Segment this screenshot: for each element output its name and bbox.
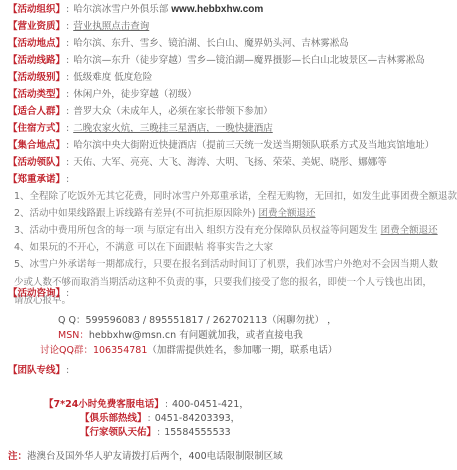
qq-group-row: 讨论QQ群：106354781（加群需提供姓名，参加哪一期，联系电话） (40, 344, 337, 357)
colon: : (66, 365, 69, 376)
row-value: 天佑、大军、亮亮、大飞、海涛、大明、飞扬、荣荣、美妮、晓彤、娜娜等 (73, 157, 387, 168)
qq-value: 599596083 / 895551817 / 262702113（闲聊勿扰） … (85, 315, 336, 326)
info-row-promise: 【郑重承诺】: (8, 173, 73, 186)
consult-heading: 【活动咨询】: (8, 287, 73, 300)
hotline-item-label: 【俱乐部热线】 (80, 413, 147, 424)
row-value: 低级难度 低度危险 (73, 72, 152, 83)
row-label: 【住宿方式】 (8, 123, 65, 134)
row-value: 普罗大众（未成年人，必须在家长带领下参加） (73, 106, 273, 117)
hotline-item-value: 400-0451-421， (172, 399, 249, 410)
promise-item: 5、冰雪户外承诺每一期都成行，只要在报名到活动时间订了机票，我们冰雪户外绝对不会… (14, 256, 439, 310)
colon: : (66, 55, 69, 66)
info-row-lodging: 【住宿方式】:二晚农家火炕，三晚挂三星酒店，一晚快捷酒店 (8, 122, 273, 135)
row-value: 哈尔滨中央大街附近快捷酒店（提前三天统一发送当期领队联系方式及当地宾馆地址） (73, 140, 434, 151)
info-row-location: 【活动地点】:哈尔滨、东升、雪乡、镜泊湖、长白山、魔界奶头河、吉林雾凇岛 (8, 37, 349, 50)
colon: : (66, 38, 69, 49)
row-label: 【活动线路】 (8, 55, 65, 66)
info-row-level: 【活动级别】:低级难度 低度危险 (8, 71, 152, 84)
info-row-route: 【活动线路】:哈尔滨—东升（徒步穿越）雪乡—镜泊湖—魔界摄影—长白山北坡景区—吉… (8, 54, 425, 67)
promise-item: 3、活动中费用所包含的每一项 与原定有出入 组织方没有充分保障队员权益等问题发生… (14, 224, 438, 237)
colon: : (66, 288, 69, 299)
promise-text: 1、全程除了吃饭外无其它花费，同时冰雪户外郑重承诺，全程无购物，无回扣，如发生此… (14, 191, 457, 202)
row-value: 哈尔滨、东升、雪乡、镜泊湖、长白山、魔界奶头河、吉林雾凇岛 (73, 38, 349, 49)
hotline-item: 【7*24小时免费客服电话】:400-0451-421， (44, 398, 249, 411)
msn-row: MSN：hebbxhw@msn.cn 有问题就加我，或者直接电我 (58, 329, 303, 342)
row-value: 哈尔滨冰雪户外俱乐部 (73, 4, 168, 15)
note-text: 港澳台及国外华人驴友请拨打后两个，400电话限制限制区域 (27, 451, 283, 462)
promise-text: 4、如果玩的不开心，不满意 可以在下面跟帖 将事实告之大家 (14, 242, 273, 253)
msn-value: hebbxhw@msn.cn 有问题就加我，或者直接电我 (89, 330, 303, 341)
qq-group-note: （加群需提供姓名，参加哪一期，联系电话） (147, 345, 337, 356)
qq-row: Q Q：599596083 / 895551817 / 262702113（闲聊… (58, 314, 337, 327)
row-value: 休闲户外，徒步穿越（初级） (73, 89, 197, 100)
row-label: 【郑重承诺】 (8, 174, 65, 185)
promise-item: 4、如果玩的不开心，不满意 可以在下面跟帖 将事实告之大家 (14, 241, 273, 254)
qq-group-number: 106354781 (93, 345, 147, 356)
colon: : (165, 399, 168, 410)
colon: : (66, 123, 69, 134)
info-row-leaders: 【活动领队】:天佑、大军、亮亮、大飞、海涛、大明、飞扬、荣荣、美妮、晓彤、娜娜等 (8, 156, 387, 169)
qq-label: Q Q： (58, 315, 85, 326)
row-label: 【适合人群】 (8, 106, 65, 117)
row-label: 【集合地点】 (8, 140, 65, 151)
info-row-meeting-point: 【集合地点】:哈尔滨中央大街附近快捷酒店（提前三天统一发送当期领队联系方式及当地… (8, 139, 434, 152)
promise-item: 2、活动中如果线路跟上诉线路有差异(不可抗拒原因除外) 团费全额退还 (14, 207, 316, 220)
colon: : (66, 72, 69, 83)
refund-link[interactable]: 团费全额退还 (381, 225, 438, 236)
info-row-organizer: 【活动组织】:哈尔滨冰雪户外俱乐部 www.hebbxhw.com (8, 3, 263, 16)
hotline-item: 【行家领队天佑】:15584555533 (80, 426, 231, 439)
colon: : (148, 413, 151, 424)
info-row-license: 【营业资质】:营业执照点击查询 (8, 20, 149, 33)
row-label: 【活动组织】 (8, 4, 65, 15)
row-label: 【活动类型】 (8, 89, 65, 100)
promise-item: 1、全程除了吃饭外无其它花费，同时冰雪户外郑重承诺，全程无购物，无回扣，如发生此… (14, 190, 457, 203)
info-row-type: 【活动类型】:休闲户外，徒步穿越（初级） (8, 88, 197, 101)
colon: : (66, 106, 69, 117)
colon: : (66, 21, 69, 32)
hotline-label: 【团队专线】 (8, 365, 65, 376)
promise-text: 3、活动中费用所包含的每一项 与原定有出入 组织方没有充分保障队员权益等问题发生 (14, 225, 381, 236)
info-row-audience: 【适合人群】:普罗大众（未成年人，必须在家长带领下参加） (8, 105, 273, 118)
consult-label: 【活动咨询】 (8, 288, 65, 299)
colon: : (66, 89, 69, 100)
row-label: 【活动级别】 (8, 72, 65, 83)
promise-text: 5、冰雪户外承诺每一期都成行，只要在报名到活动时间订了机票，我们冰雪户外绝对不会… (14, 259, 438, 306)
hotline-item-label: 【行家领队天佑】 (80, 427, 156, 438)
hotline-item-value: 0451-84203393， (155, 413, 240, 424)
footer-note: 注：港澳台及国外华人驴友请拨打后两个，400电话限制限制区域 (8, 450, 283, 463)
msn-label: MSN： (58, 330, 89, 341)
note-label: 注： (8, 451, 27, 462)
hotline-item-label: 【7*24小时免费客服电话】 (44, 399, 164, 410)
website-link[interactable]: www.hebbxhw.com (171, 4, 263, 15)
refund-link[interactable]: 团费全额退还 (258, 208, 315, 219)
license-link[interactable]: 营业执照点击查询 (73, 21, 149, 32)
hotline-item: 【俱乐部热线】:0451-84203393， (80, 412, 240, 425)
row-label: 【活动地点】 (8, 38, 65, 49)
colon: : (66, 174, 69, 185)
colon: : (66, 4, 69, 15)
colon: : (66, 140, 69, 151)
colon: : (157, 427, 160, 438)
colon: : (66, 157, 69, 168)
promise-text: 2、活动中如果线路跟上诉线路有差异(不可抗拒原因除外) (14, 208, 258, 219)
row-value: 哈尔滨—东升（徒步穿越）雪乡—镜泊湖—魔界摄影—长白山北坡景区—吉林雾凇岛 (73, 55, 425, 66)
row-label: 【活动领队】 (8, 157, 65, 168)
hotline-heading: 【团队专线】: (8, 364, 73, 377)
row-value: 二晚农家火炕，三晚挂三星酒店，一晚快捷酒店 (73, 123, 273, 134)
hotline-item-value: 15584555533 (164, 427, 231, 438)
qq-group-label: 讨论QQ群： (40, 345, 93, 356)
row-label: 【营业资质】 (8, 21, 65, 32)
